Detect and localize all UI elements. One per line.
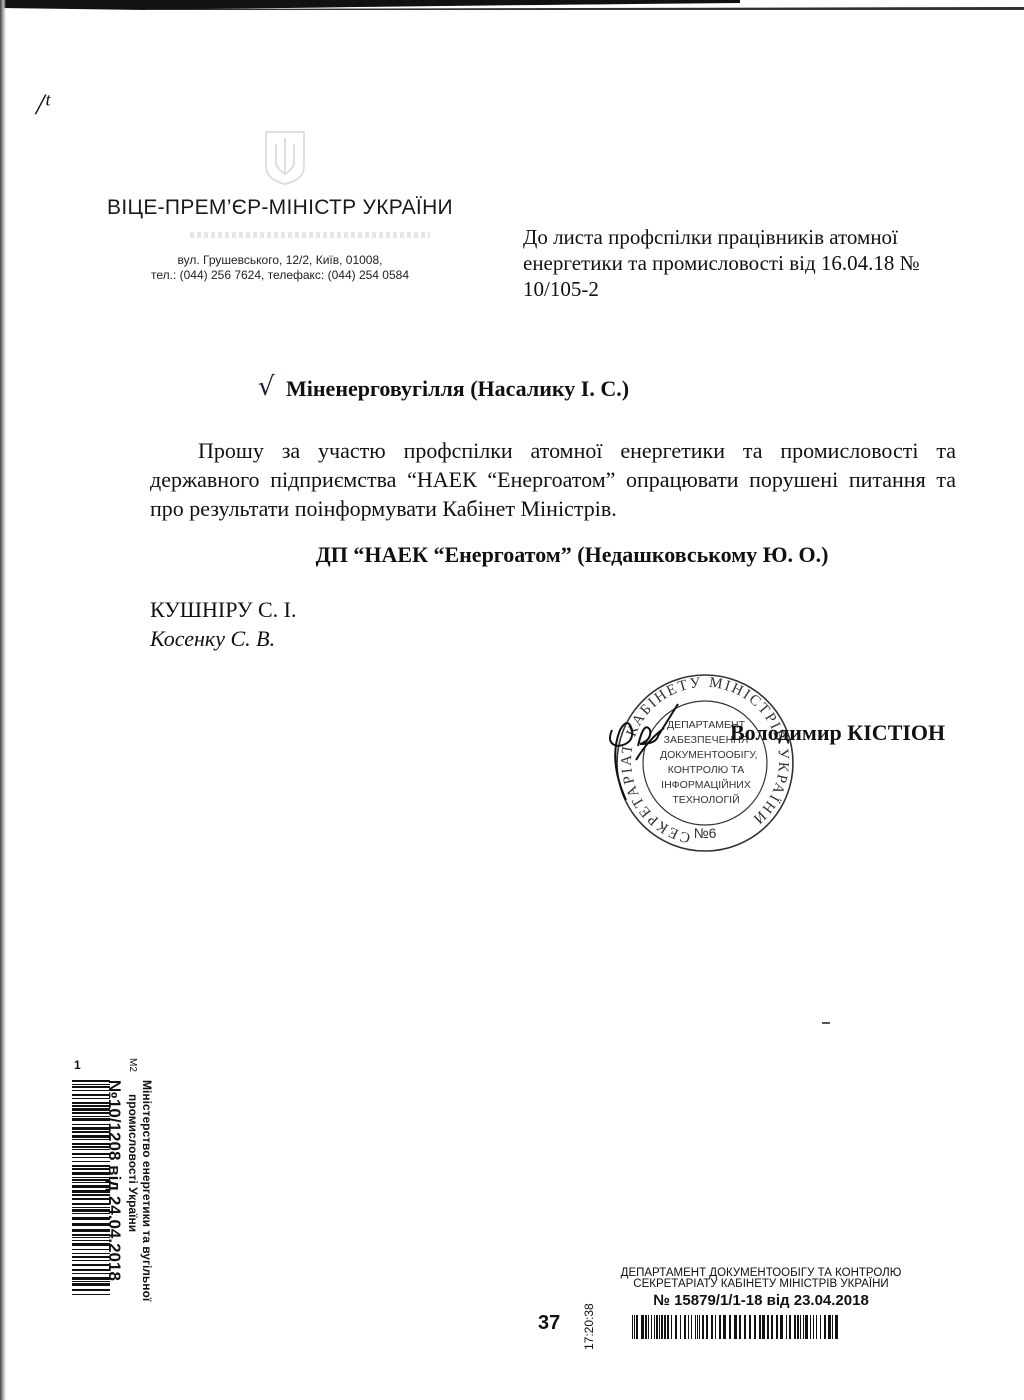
incoming-org-line1: Міністерство енергетики та вугільної	[140, 1080, 154, 1301]
sender-phone-line: тел.: (044) 256 7624, телефакс: (044) 25…	[0, 268, 560, 283]
stray-mark	[822, 1022, 830, 1024]
faint-subtitle-line	[190, 232, 430, 238]
registration-dept-line2: СЕКРЕТАРІАТУ КАБІНЕТУ МІНІСТРІВ УКРАЇНИ	[596, 1279, 926, 1290]
incoming-code: M2	[127, 1058, 138, 1072]
scan-top-edge	[0, 0, 1024, 10]
handwritten-mark: /ᵗ	[36, 88, 49, 122]
cc-recipient-1: КУШНІРУ С. І.	[150, 597, 296, 623]
addressee-secondary: ДП “НАЕК “Енергоатом” (Недашковському Ю.…	[0, 542, 1024, 568]
coat-of-arms-icon	[262, 128, 308, 186]
incoming-page-number: 1	[74, 1058, 81, 1072]
stamp-number: №6	[694, 825, 717, 841]
incoming-number: №10/1208 від 24.04.2018	[104, 1080, 124, 1281]
cc-recipient-2: Косенку С. В.	[150, 626, 275, 652]
registration-number: № 15879/1/1-18 від 23.04.2018	[596, 1292, 926, 1309]
registration-time: 17:20:38	[582, 1303, 596, 1350]
sender-title: ВІЦЕ-ПРЕМ’ЄР-МІНІСТР УКРАЇНИ	[0, 196, 560, 220]
registration-barcode	[632, 1315, 838, 1339]
reference-note: До листа профспілки працівників атомної …	[523, 224, 983, 302]
incoming-org-line2: промисловості України	[126, 1094, 140, 1232]
instruction-text: Прошу за участю профспілки атомної енерг…	[150, 436, 956, 523]
signer-name: Володимир КІСТІОН	[730, 720, 945, 746]
handwritten-signature	[598, 700, 688, 810]
check-mark-icon: √	[258, 372, 275, 402]
sender-address: вул. Грушевського, 12/2, Київ, 01008, те…	[0, 253, 560, 283]
page-number: 37	[538, 1312, 560, 1335]
sender-address-line1: вул. Грушевського, 12/2, Київ, 01008,	[0, 253, 560, 268]
addressee-primary: Міненерговугілля (Насалику І. С.)	[286, 376, 629, 402]
